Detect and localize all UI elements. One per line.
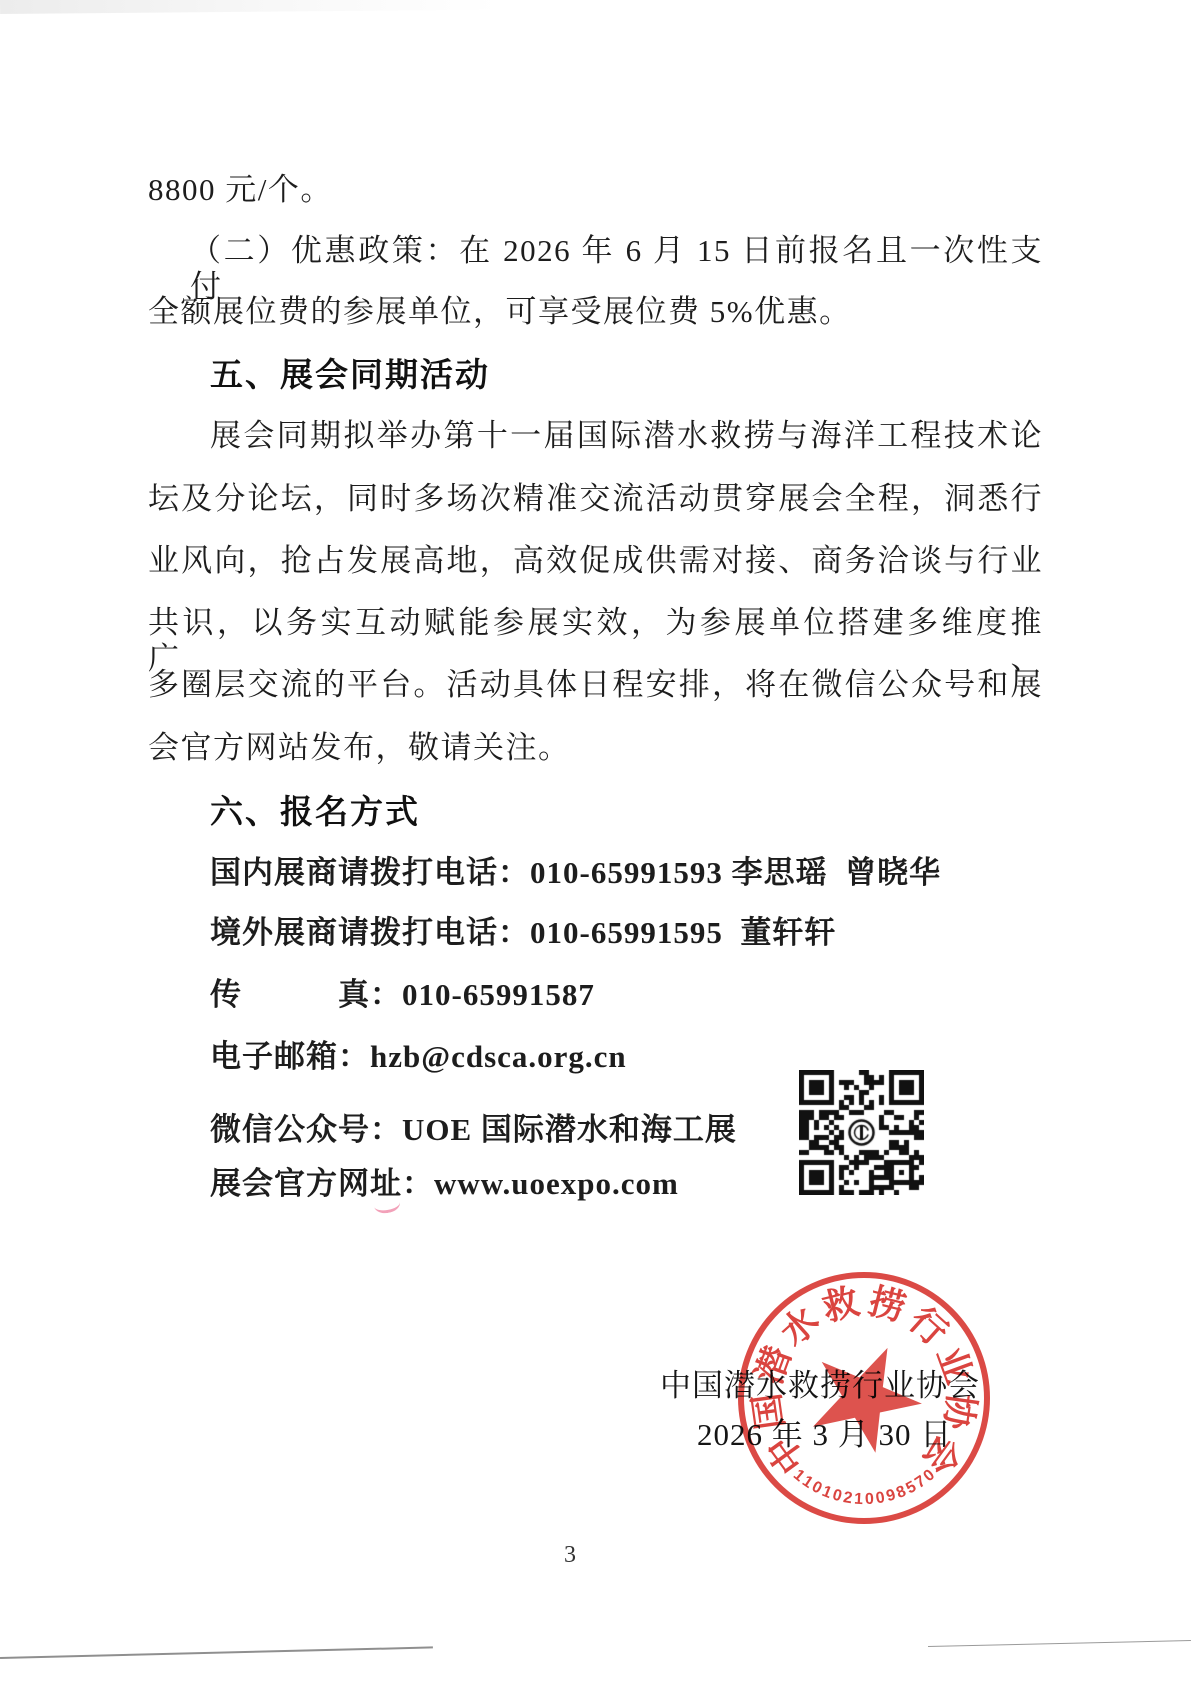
scan-edge-artifact-bottom-left (0, 1646, 433, 1659)
body-line-price: 8800 元/个。 (148, 172, 333, 208)
signature-organization: 中国潜水救捞行业协会 (660, 1360, 980, 1405)
heading-section-5: 五、展会同期活动 (210, 356, 490, 394)
contact-email: 电子邮箱：hzb@cdsca.org.cn (210, 1039, 627, 1075)
sec5-line-4: 共识，以务实互动赋能参展实效，为参展单位搭建多维度推广、 (148, 605, 1043, 676)
contact-overseas-phone: 境外展商请拨打电话：010-65991595 董轩轩 (210, 915, 836, 951)
body-line-discount-2: 全额展位费的参展单位，可享受展位费 5%优惠。 (148, 294, 852, 330)
sec5-line-6: 会官方网站发布，敬请关注。 (148, 730, 571, 766)
wechat-qr-code (799, 1070, 924, 1195)
scan-edge-artifact-bottom-right (928, 1640, 1191, 1647)
sec5-line-3: 业风向，抢占发展高地，高效促成供需对接、商务洽谈与行业 (148, 543, 1043, 579)
document-page: 8800 元/个。 （二）优惠政策：在 2026 年 6 月 15 日前报名且一… (0, 0, 1191, 1683)
heading-section-6: 六、报名方式 (210, 793, 420, 831)
contact-wechat-account: 微信公众号：UOE 国际潜水和海工展 (210, 1112, 737, 1148)
sec5-line-2: 坛及分论坛，同时多场次精准交流活动贯穿展会全程，洞悉行 (148, 481, 1043, 517)
sec5-line-5: 多圈层交流的平台。活动具体日程安排，将在微信公众号和展 (148, 667, 1043, 703)
sec5-line-1: 展会同期拟举办第十一届国际潜水救捞与海洋工程技术论 (210, 418, 1043, 454)
contact-website: 展会官方网址：www.uoexpo.com (210, 1166, 679, 1202)
contact-fax: 传 真：010-65991587 (210, 977, 595, 1013)
scan-edge-artifact-top (0, 0, 500, 14)
page-number: 3 (0, 1542, 1140, 1569)
contact-domestic-phone: 国内展商请拨打电话：010-65991593 李思瑶 曾晓华 (210, 855, 941, 891)
signature-date: 2026 年 3 月 30 日 (697, 1409, 952, 1454)
